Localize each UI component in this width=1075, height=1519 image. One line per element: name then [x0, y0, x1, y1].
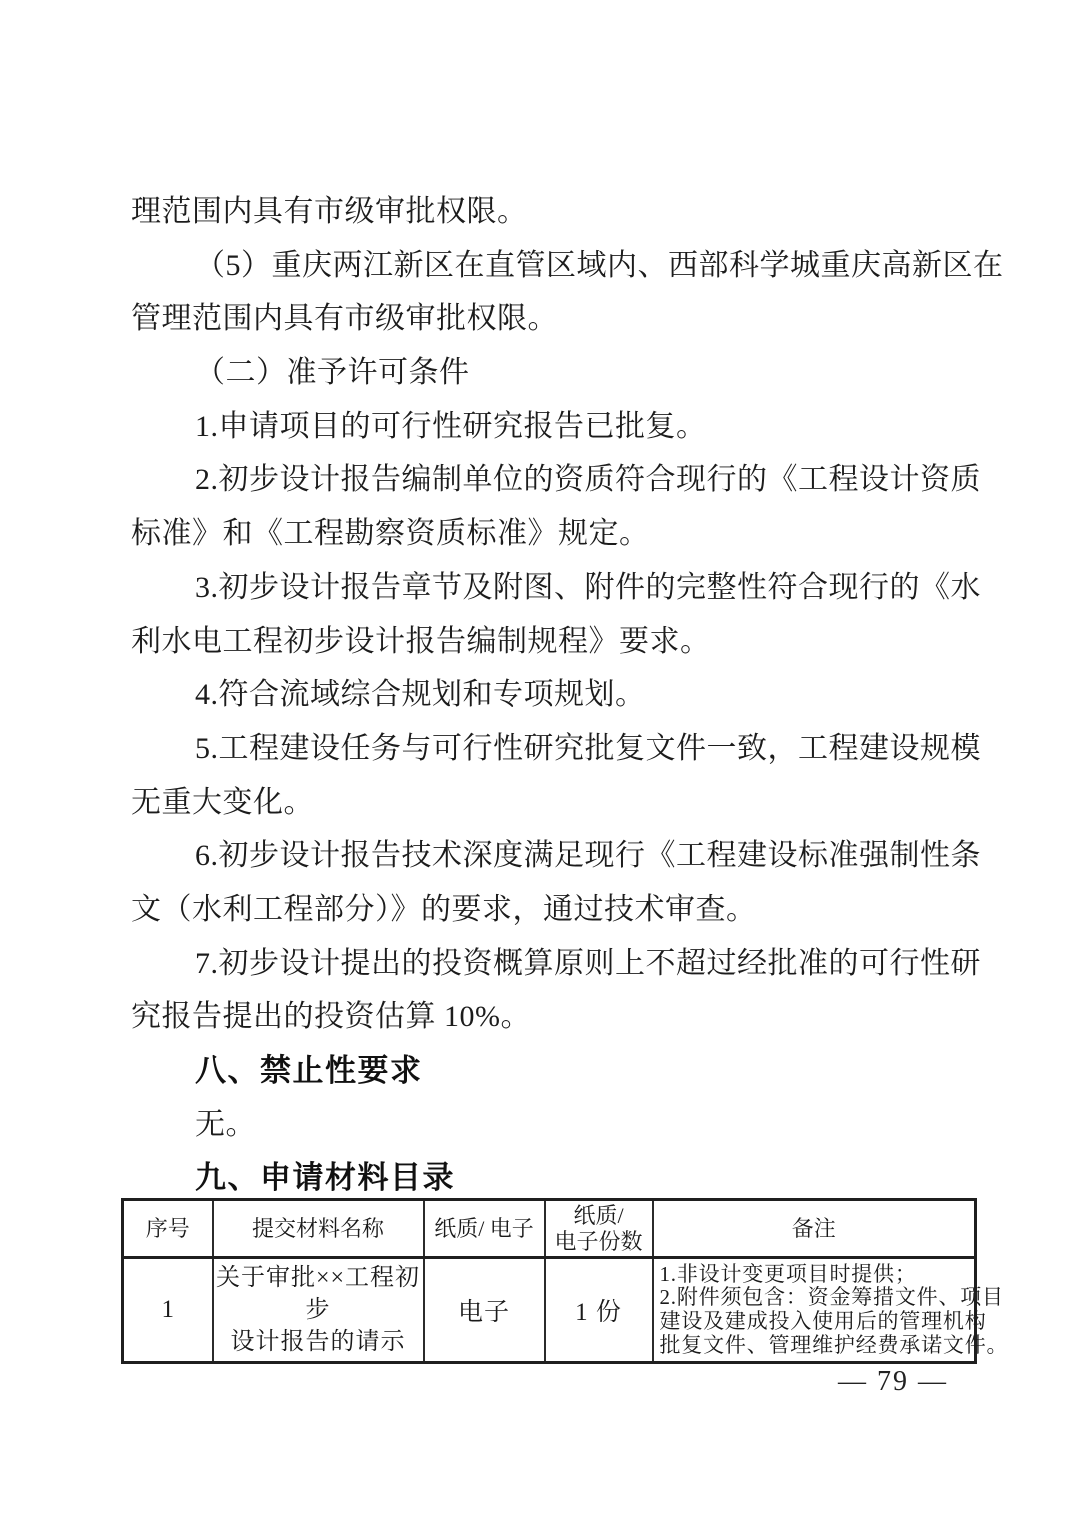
material-name-line2: 设计报告的请示: [214, 1326, 423, 1358]
text-line: 无。: [131, 1098, 957, 1152]
header-seq: 序号: [123, 1200, 213, 1258]
material-name-line1: 关于审批××工程初步: [214, 1262, 423, 1326]
header-material: 提交材料名称: [213, 1200, 424, 1258]
document-page: 理范围内具有市级审批权限。 （5）重庆两江新区在直管区域内、西部科学城重庆高新区…: [0, 0, 1075, 1519]
text-line: 4.符合流域综合规划和专项规划。: [131, 668, 957, 722]
text-line: 究报告提出的投资估算 10%。: [131, 990, 957, 1044]
text-line: （二）准予许可条件: [131, 346, 957, 400]
text-line: 文（水利工程部分）》的要求，通过技术审查。: [131, 883, 957, 937]
header-copies-line1: 纸质/: [546, 1203, 652, 1229]
remark-line: 1.非设计变更项目时提供；: [660, 1263, 972, 1287]
section-heading-materials: 九、申请材料目录: [131, 1151, 957, 1205]
cell-copies: 1 份: [545, 1258, 653, 1363]
text-line: 理范围内具有市级审批权限。: [131, 185, 957, 239]
table-row: 1 关于审批××工程初步 设计报告的请示 电子 1 份 1.非设计变更项目时提供…: [123, 1258, 976, 1363]
section-heading-prohibitions: 八、禁止性要求: [131, 1044, 957, 1098]
remark-line: 批复文件、管理维护经费承诺文件。: [660, 1334, 972, 1358]
cell-remarks: 1.非设计变更项目时提供； 2.附件须包含：资金筹措文件、项目 建设及建成投入使…: [653, 1258, 976, 1363]
text-line: 2.初步设计报告编制单位的资质符合现行的《工程设计资质: [131, 453, 957, 507]
header-format: 纸质/ 电子: [424, 1200, 545, 1258]
cell-format: 电子: [424, 1258, 545, 1363]
materials-table: 序号 提交材料名称 纸质/ 电子 纸质/ 电子份数 备注 1 关于审批××工程初…: [121, 1198, 977, 1364]
page-number: — 79 —: [838, 1366, 948, 1398]
text-line: 标准》和《工程勘察资质标准》规定。: [131, 507, 957, 561]
text-line: 6.初步设计报告技术深度满足现行《工程建设标准强制性条: [131, 829, 957, 883]
text-line: 5.工程建设任务与可行性研究批复文件一致，工程建设规模: [131, 722, 957, 776]
text-line: （5）重庆两江新区在直管区域内、西部科学城重庆高新区在: [131, 239, 957, 293]
text-line: 3.初步设计报告章节及附图、附件的完整性符合现行的《水: [131, 561, 957, 615]
header-copies-line2: 电子份数: [546, 1229, 652, 1255]
text-line: 管理范围内具有市级审批权限。: [131, 292, 957, 346]
table-header-row: 序号 提交材料名称 纸质/ 电子 纸质/ 电子份数 备注: [123, 1200, 976, 1258]
text-line: 1.申请项目的可行性研究报告已批复。: [131, 400, 957, 454]
text-line: 利水电工程初步设计报告编制规程》要求。: [131, 615, 957, 669]
cell-seq: 1: [123, 1258, 213, 1363]
body-text: 理范围内具有市级审批权限。 （5）重庆两江新区在直管区域内、西部科学城重庆高新区…: [131, 185, 957, 1205]
text-line: 7.初步设计提出的投资概算原则上不超过经批准的可行性研: [131, 937, 957, 991]
remark-line: 建设及建成投入使用后的管理机构: [660, 1310, 972, 1334]
text-line: 无重大变化。: [131, 776, 957, 830]
remark-line: 2.附件须包含：资金筹措文件、项目: [660, 1286, 972, 1310]
header-remarks: 备注: [653, 1200, 976, 1258]
cell-material-name: 关于审批××工程初步 设计报告的请示: [213, 1258, 424, 1363]
header-copies: 纸质/ 电子份数: [545, 1200, 653, 1258]
